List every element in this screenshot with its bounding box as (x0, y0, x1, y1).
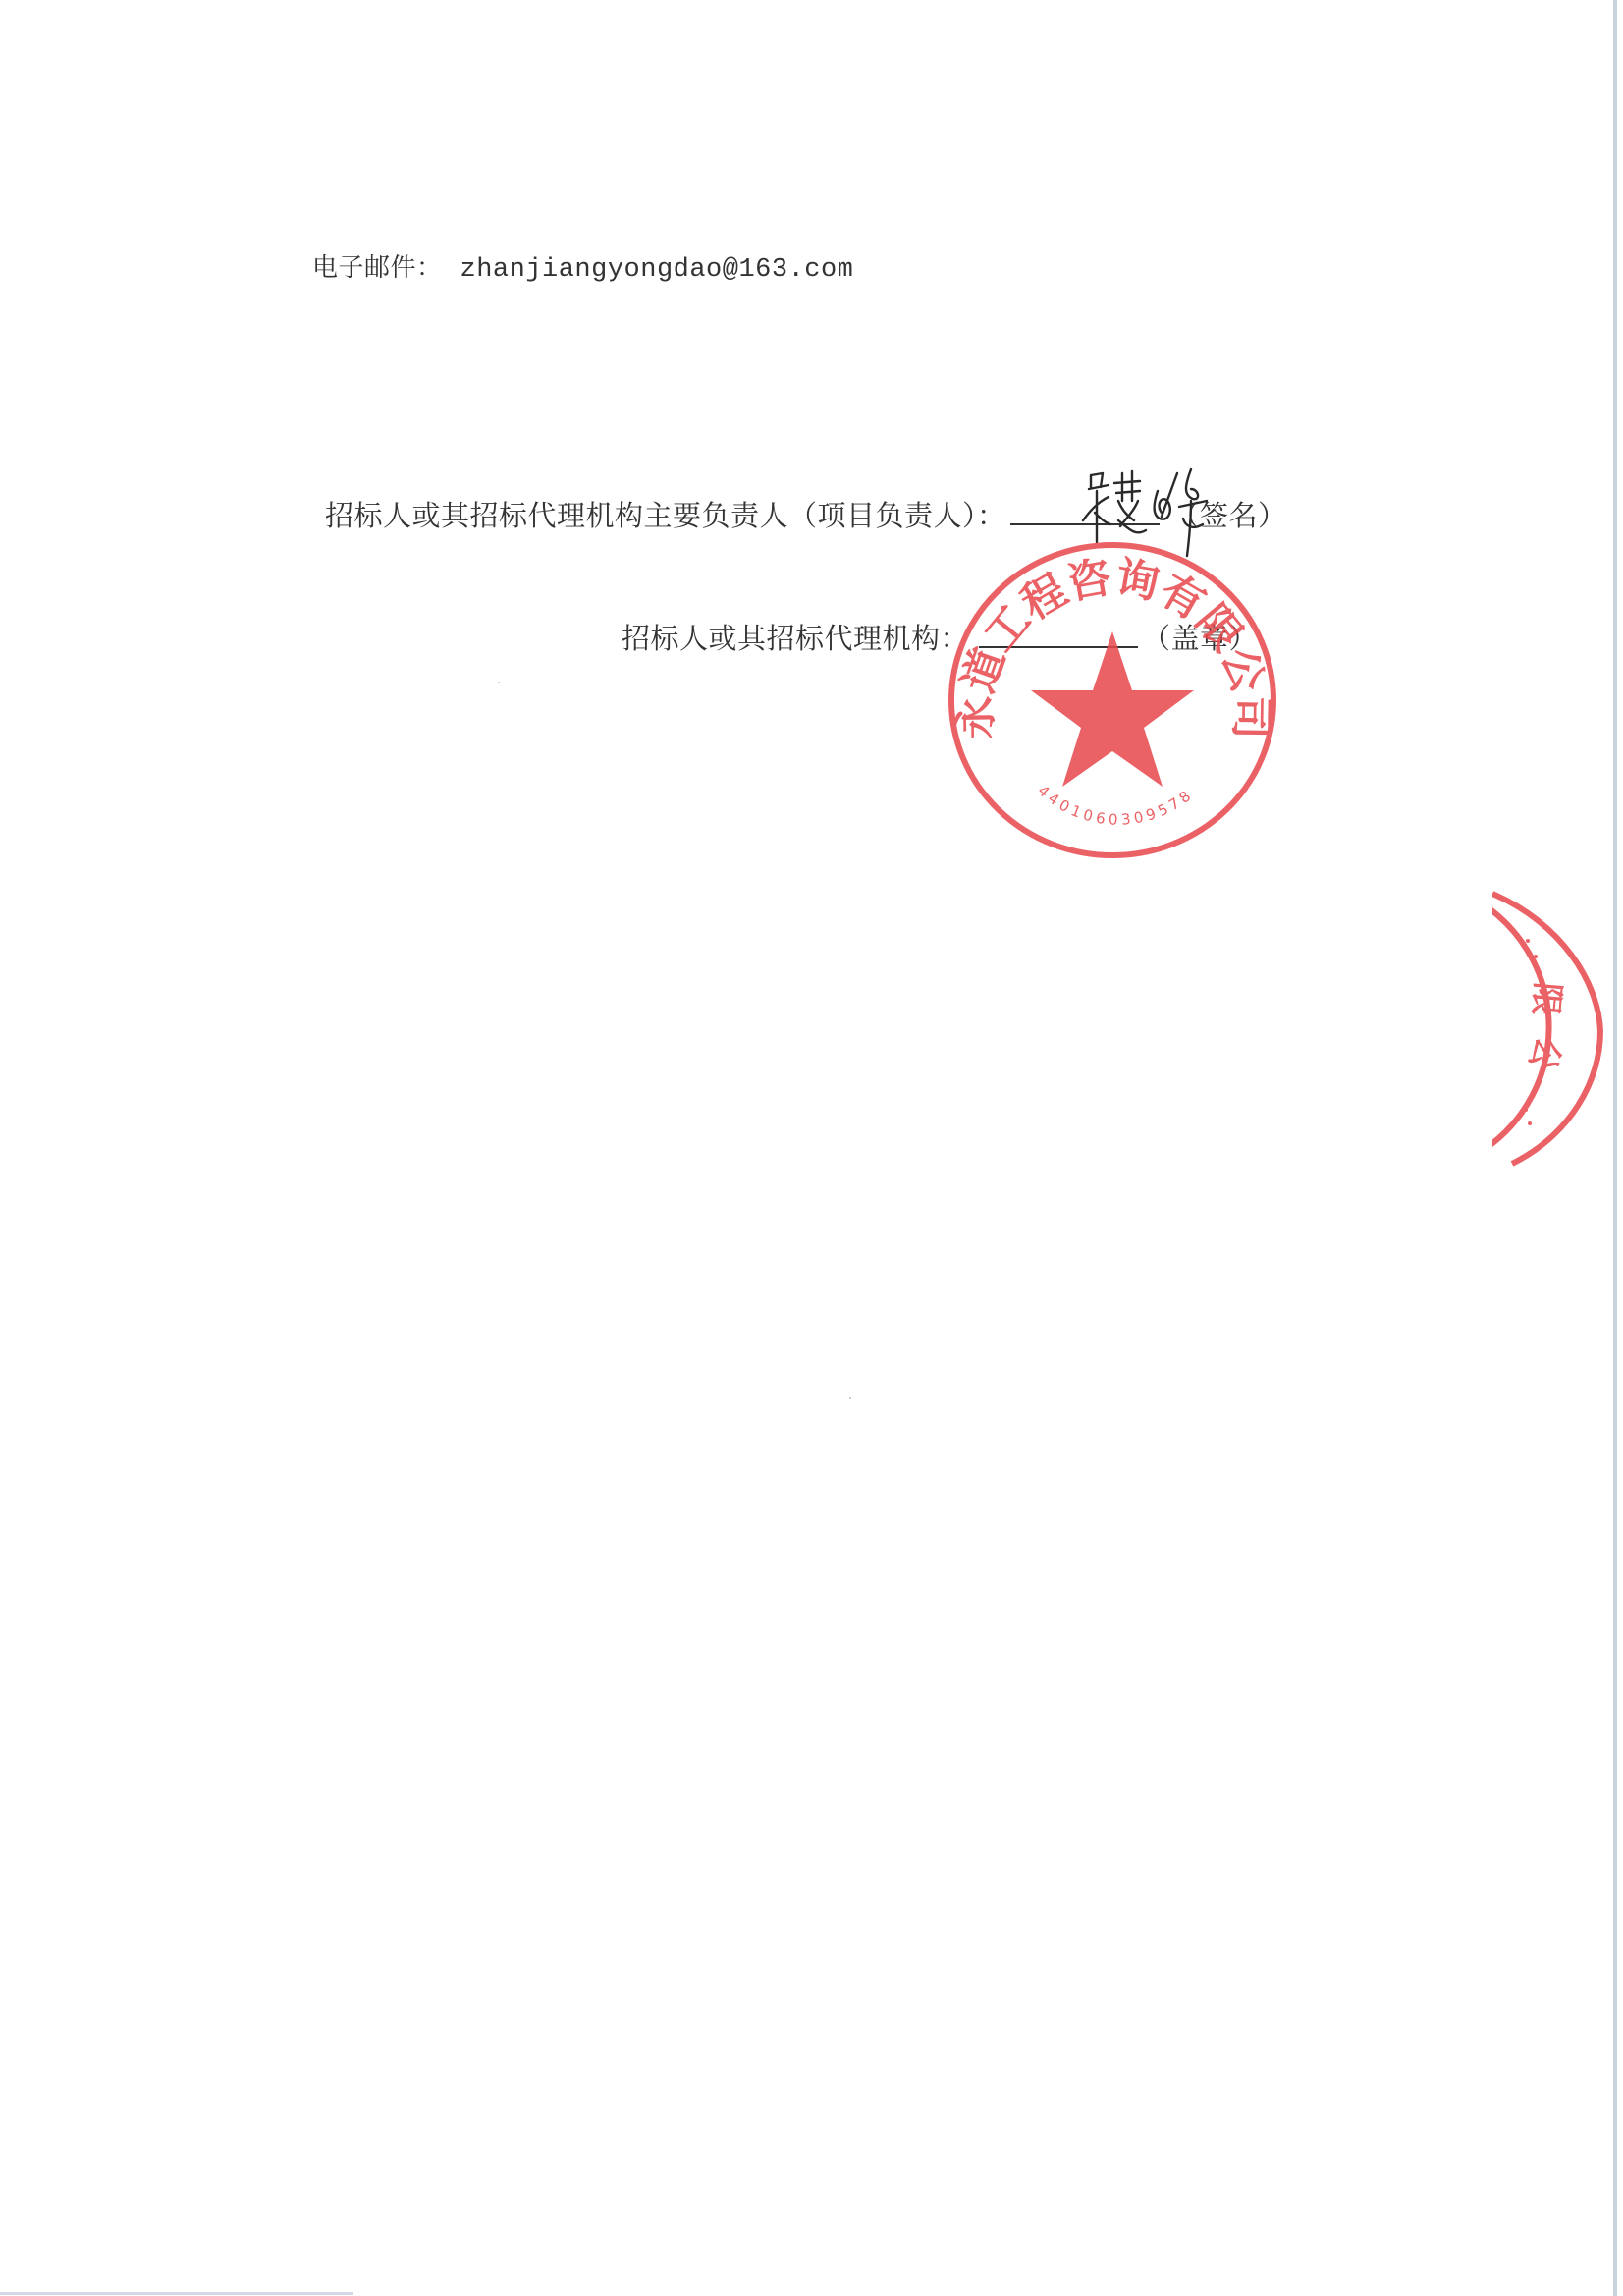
svg-text:公: 公 (1521, 1032, 1569, 1077)
email-label: 电子邮件： (312, 253, 443, 283)
company-seal-icon: 永道工程咨询有限公司 4401060309578 (941, 535, 1284, 864)
email-line: 电子邮件：zhanjiangyongdao@163.com (312, 247, 853, 285)
svg-text:限: 限 (1525, 981, 1567, 1017)
stamp-number-text: 4401060309578 (1034, 782, 1197, 829)
scan-speck (849, 1397, 851, 1399)
scan-edge-bottom (0, 2292, 353, 2295)
signature-label: 招标人或其招标代理机构主要负责人（项目负责人）： (325, 499, 1006, 532)
seal-label: 招标人或其招标代理机构： (622, 622, 969, 655)
partial-seal: 限 公 (1492, 884, 1620, 1169)
scan-speck (498, 682, 500, 683)
document-page: 电子邮件：zhanjiangyongdao@163.com 招标人或其招标代理机… (0, 0, 1623, 2296)
email-value: zhanjiangyongdao@163.com (460, 255, 854, 285)
svg-text:4401060309578: 4401060309578 (1034, 782, 1197, 829)
partial-seal-icon: 限 公 (1492, 884, 1620, 1169)
